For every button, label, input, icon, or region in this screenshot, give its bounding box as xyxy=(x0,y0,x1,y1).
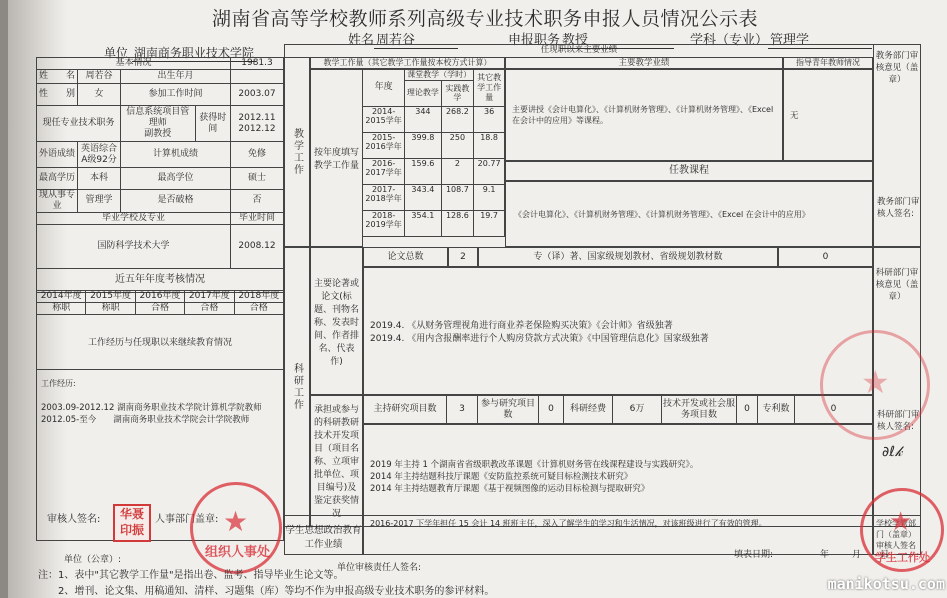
assessment-result: 合格 xyxy=(185,302,234,314)
assessment-result: 称职 xyxy=(86,302,135,314)
col-theory: 理论教学 xyxy=(405,80,441,106)
birth-label: 出生年月 xyxy=(121,70,231,84)
papers-total-label: 论文总数 xyxy=(363,247,448,267)
papers-total-value: 2 xyxy=(448,247,478,267)
work-start-label: 参加工作时间 xyxy=(121,84,231,106)
foreign-lang-value: 英语综合A级92分 xyxy=(78,142,121,168)
projects-row-label: 承担或参与的科研教研技术开发项目（项目名称、立项审批单位、项目编号)及鉴定获奖情… xyxy=(310,395,363,527)
unit-seal-label: 单位（公章）: xyxy=(64,552,121,565)
research-stats-table: 主持研究项目数 3 参与研究项目数 0 科研经费 6万 技术开发或社会服务项目数… xyxy=(363,395,873,424)
name-label-cell: 姓 名 xyxy=(37,70,78,84)
grad-time-label: 毕业时间 xyxy=(231,212,284,224)
workload-row: 2018-2019学年354.1128.619.7 xyxy=(363,210,505,236)
workload-row: 2017-2018学年343.4108.79.1 xyxy=(363,184,505,210)
workload-theory: 354.1 xyxy=(405,210,441,236)
workload-other: 18.8 xyxy=(474,132,505,158)
obtain-time-label: 获得时间 xyxy=(195,106,230,142)
hr-department-stamp: ★ 组织人事处 xyxy=(190,482,282,574)
note-2: 2、增刊、论文集、用稿通知、清样、习题集（库）等均不作为申报高级专业技术职务的参… xyxy=(58,582,494,597)
grad-school-value: 国防科学技术大学 xyxy=(37,224,231,268)
edu-label: 最高学历 xyxy=(37,168,78,190)
workload-practice: 250 xyxy=(441,132,474,158)
workload-theory: 159.6 xyxy=(405,158,441,184)
courses-title: 任教课程 xyxy=(505,161,873,181)
computer-label: 计算机成绩 xyxy=(121,142,231,168)
current-title-label: 现任专业技术职务 xyxy=(37,106,121,142)
papers-row-label: 主要论著或论文(标题、刊物名称、发表时间、作者排名、代表作) xyxy=(310,247,363,395)
foreign-lang-label: 外语成绩 xyxy=(37,142,78,168)
service-value: 0 xyxy=(737,396,758,424)
academic-affairs-opinion: 教务部门审核意见（盖章） xyxy=(874,49,920,85)
assessment-title: 近五年年度考核情况 xyxy=(37,268,284,292)
exception-label: 是否破格 xyxy=(121,190,231,213)
workload-practice: 268.2 xyxy=(441,106,474,132)
basic-info-table: 基本情况1981.3 姓 名周若谷出生年月 性 别女参加工作时间2003.07 … xyxy=(36,57,284,293)
fill-date-day: 日 xyxy=(880,547,889,560)
gender-label: 性 别 xyxy=(37,84,78,106)
assessment-table: 2014年度2015年度2016年度2017年度2018年度 称职称职合格合格合… xyxy=(36,290,284,315)
funding-value: 6万 xyxy=(613,396,662,424)
funding-label: 科研经费 xyxy=(564,396,613,424)
student-affairs-stamp: ★ 学生工作处 xyxy=(860,488,944,572)
grad-time-value: 2008.12 xyxy=(231,224,284,268)
fill-date-month: 月 xyxy=(852,547,861,560)
workload-other: 9.1 xyxy=(474,184,505,210)
workload-year: 2017-2018学年 xyxy=(363,184,405,210)
workload-practice: 2 xyxy=(441,158,474,184)
assessment-year: 2018年度 xyxy=(234,291,283,303)
work-history-title: 工作经历与任现职以来继续教育情况 xyxy=(36,314,284,370)
workload-table: 年度课堂教学（学时）其它教学工作量 理论教学实践教学 2014-2015学年34… xyxy=(362,69,505,237)
mentoring-title: 指导青年教师情况 xyxy=(783,57,873,69)
achievements-section-title: 任现职以来主要业绩 xyxy=(284,44,874,57)
workload-year: 2015-2016学年 xyxy=(363,132,405,158)
workload-year: 2014-2015学年 xyxy=(363,106,405,132)
basic-section-title: 基本情况 xyxy=(37,58,231,70)
assessment-result: 合格 xyxy=(234,302,283,314)
col-practice: 实践教学 xyxy=(441,80,474,106)
host-projects-value: 3 xyxy=(447,396,478,424)
courses-text: 《会计电算化》、《计算机财务管理》、《计算机财务管理》、《Excel 在会计中的… xyxy=(505,181,873,247)
workload-row-label: 按年度填写教学工作量 xyxy=(310,69,363,247)
workload-year: 2016-2017学年 xyxy=(363,158,405,184)
reviewer-signature-label: 审核人签名: xyxy=(47,510,100,525)
work-start-value: 2003.07 xyxy=(231,84,284,106)
col-year: 年度 xyxy=(363,70,405,107)
join-projects-label: 参与研究项目数 xyxy=(478,396,539,424)
project-item: 2014 年主持结题教育厅课题《基于视频图像的运动目标检测与提取研究》 xyxy=(370,482,866,494)
gender-value: 女 xyxy=(78,84,121,106)
fill-date-label: 填表日期: xyxy=(734,547,773,560)
watermark: manikotsu.com xyxy=(828,575,945,593)
assessment-result: 称职 xyxy=(37,302,86,314)
workload-other: 19.7 xyxy=(474,210,505,236)
work-history-entries: 2003.09-2012.12 湖南商务职业技术学院计算机学院教师2012.05… xyxy=(41,401,279,425)
obtain-time-value: 2012.112012.12 xyxy=(231,106,284,142)
workload-practice: 108.7 xyxy=(441,184,474,210)
student-work-label: 学生思想政治教育工作业绩 xyxy=(284,515,363,555)
projects-list: 2019 年主持 1 个湖南省省级职教改革课题《计算机财务管在线课程建设与实践研… xyxy=(363,424,873,527)
workload-title: 教学工作量（其它教学工作量按本校方式计算） xyxy=(310,57,505,69)
degree-value: 硕士 xyxy=(231,168,284,190)
research-opinion: 科研部门审核意见（盖章） xyxy=(874,266,920,302)
major-value: 管理学 xyxy=(78,190,121,213)
exception-value: 否 xyxy=(231,190,284,213)
assessment-year: 2016年度 xyxy=(135,291,184,303)
current-title-value: 信息系统项目管理师副教授 xyxy=(121,106,196,142)
mentoring-value: 无 xyxy=(783,69,873,161)
assessment-year: 2017年度 xyxy=(185,291,234,303)
project-item: 2014 年主持结题科技厅课题《安防监控系统可疑目标检测技术研究》 xyxy=(370,470,866,482)
service-label: 技术开发或社会服务项目数 xyxy=(662,396,737,424)
papers-list: 2019.4. 《从财务管理视角进行商业养老保险购买决策》《会计师》省级独著20… xyxy=(363,267,873,395)
page-title: 湖南省高等学校教师系列高级专业技术职务申报人员情况公示表 xyxy=(212,4,758,31)
assessment-year: 2014年度 xyxy=(37,291,86,303)
birth-value: 1981.3 xyxy=(231,58,284,70)
academic-affairs-sign: 教务部门审核人签名: xyxy=(877,195,920,219)
grad-school-label: 毕业学校及专业 xyxy=(37,212,231,224)
books-value: 0 xyxy=(778,247,873,267)
student-work-text: 2016-2017 下学年担任 15 会计 14 班班主任，深入了解学生的学习和… xyxy=(363,515,873,555)
paper-item: 2019.4. 《用内含报酬率进行个人购房贷款方式决策》《中国管理信息化》国家级… xyxy=(370,331,866,344)
teaching-work-label: 教学工作 xyxy=(284,57,310,247)
col-class: 课堂教学（学时） xyxy=(405,70,474,81)
workload-other: 36 xyxy=(474,106,505,132)
col-other: 其它教学工作量 xyxy=(474,70,505,107)
degree-label: 最高学位 xyxy=(121,168,231,190)
workload-theory: 343.4 xyxy=(405,184,441,210)
paper-item: 2019.4. 《从财务管理视角进行商业养老保险购买决策》《会计师》省级独著 xyxy=(370,318,866,331)
workload-other: 20.77 xyxy=(474,158,505,184)
note-1: 注：1、表中"其它教学工作量"是指出卷、监考、指导毕业生论文等。 xyxy=(38,566,344,581)
workload-row: 2016-2017学年159.6220.77 xyxy=(363,158,505,184)
unit-reviewer-label: 单位审核责任人签名: xyxy=(337,560,421,573)
assessment-result: 合格 xyxy=(135,302,184,314)
research-signature-icon: ∂ℓ𝓀 xyxy=(882,444,903,460)
assessment-year: 2015年度 xyxy=(86,291,135,303)
main-teaching-text: 主要讲授《会计电算化》、《计算机财务管理》、《计算机财务管理》、《Excel 在… xyxy=(505,69,783,161)
major-label: 现从事专业 xyxy=(37,190,78,213)
host-projects-label: 主持研究项目数 xyxy=(364,396,447,424)
work-history-entry: 2012.05-至今 湖南商务职业技术学院会计学院教师 xyxy=(41,413,279,425)
workload-year: 2018-2019学年 xyxy=(363,210,405,236)
join-projects-value: 0 xyxy=(539,396,564,424)
workload-row: 2015-2016学年399.825018.8 xyxy=(363,132,505,158)
personal-seal: 华聂印振 xyxy=(113,504,151,542)
work-history-label: 工作经历: xyxy=(41,378,279,389)
main-teaching-title: 主要教学业绩 xyxy=(505,57,783,69)
work-history-entry: 2003.09-2012.12 湖南商务职业技术学院计算机学院教师 xyxy=(41,401,279,413)
workload-practice: 128.6 xyxy=(441,210,474,236)
patent-label: 专利数 xyxy=(758,396,795,424)
research-work-label: 科研工作 xyxy=(284,247,310,527)
school-stamp: ★ xyxy=(820,330,930,440)
edu-value: 本科 xyxy=(78,168,121,190)
name-value-cell: 周若谷 xyxy=(78,70,121,84)
workload-theory: 344 xyxy=(405,106,441,132)
fill-date-year: 年 xyxy=(820,547,829,560)
project-item: 2019 年主持 1 个湖南省省级职教改革课题《计算机财务管在线课程建设与实践研… xyxy=(370,458,866,470)
books-label: 专（译）著、国家级规划教材、省级规划教材数 xyxy=(478,247,778,267)
academic-affairs-column: 教务部门审核意见（盖章） 教务部门审核人签名: xyxy=(873,44,921,247)
workload-row: 2014-2015学年344268.236 xyxy=(363,106,505,132)
workload-theory: 399.8 xyxy=(405,132,441,158)
computer-value: 免修 xyxy=(231,142,284,168)
